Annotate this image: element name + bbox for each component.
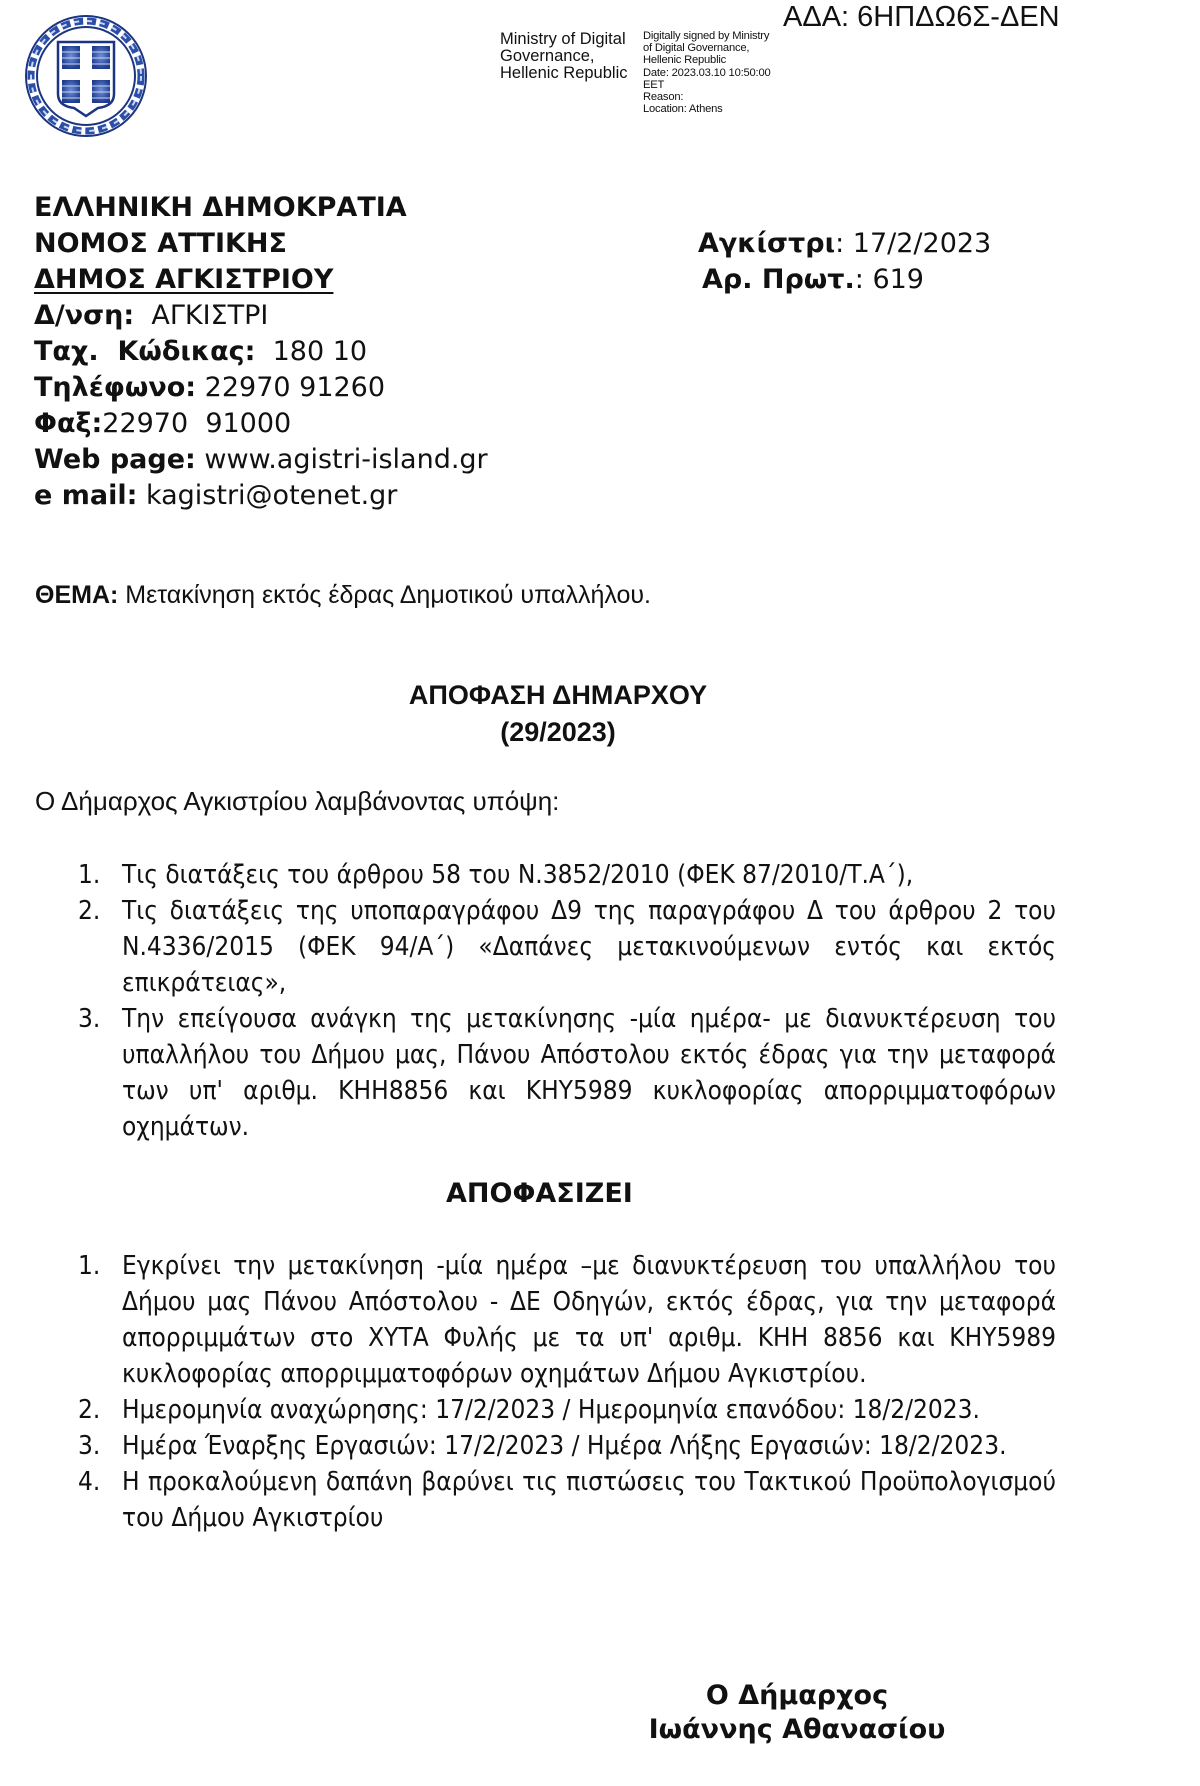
decides-heading: ΑΠΟΦΑΣΙΖΕΙ (446, 1176, 633, 1212)
subject-line: ΘΕΜΑ: Μετακίνηση εκτός έδρας Δημοτικού υ… (35, 579, 651, 611)
list-item: 2.Τις διατάξεις της υποπαραγράφου Δ9 της… (78, 893, 1056, 1001)
item-number: 4. (78, 1464, 100, 1500)
header-prefecture: ΝΟΜΟΣ ΑΤΤΙΚΗΣ (34, 226, 287, 262)
subject-label: ΘΕΜΑ: (35, 581, 118, 609)
item-number: 2. (78, 1392, 100, 1428)
details-line: of Digital Governance, (643, 42, 771, 54)
subject-text: Μετακίνηση εκτός έδρας Δημοτικού υπαλλήλ… (118, 581, 651, 609)
field-value: 180 10 (255, 336, 367, 367)
website-link[interactable]: www.agistri-island.gr (196, 444, 488, 475)
protocol-number: Αρ. Πρωτ.: 619 (702, 262, 924, 298)
field-value: ΑΓΚΙΣΤΡΙ (134, 300, 268, 331)
field-label: Web page: (34, 444, 196, 475)
item-text: Τις διατάξεις του άρθρου 58 του Ν.3852/2… (122, 857, 1056, 893)
ada-code: ΑΔΑ: 6ΗΠΔΩ6Σ-ΔΕΝ (783, 0, 1060, 34)
header-municipality: ΔΗΜΟΣ ΑΓΚΙΣΤΡΙΟΥ (34, 262, 333, 298)
item-number: 1. (78, 857, 100, 893)
decisions-list: 1.Εγκρίνει την μετακίνηση -μία ημέρα –με… (78, 1248, 1056, 1536)
decision-number: (29/2023) (0, 714, 1116, 750)
field-value: 22970 91000 (102, 408, 291, 439)
field-label: Δ/νση: (34, 300, 134, 331)
issuer-line: Governance, (500, 48, 627, 65)
details-line: Reason: (643, 91, 771, 103)
field-value: 22970 91260 (196, 372, 385, 403)
greek-coat-of-arms-icon (18, 8, 154, 144)
item-text: Την επείγουσα ανάγκη της μετακίνησης -μί… (122, 1001, 1056, 1145)
item-text: Ημέρα Έναρξης Εργασιών: 17/2/2023 / Ημέρ… (122, 1428, 1056, 1464)
signer-name: Ιωάννης Αθανασίου (597, 1713, 997, 1747)
item-text: Η προκαλούμενη δαπάνη βαρύνει τις πιστώσ… (122, 1464, 1056, 1536)
protocol-label: Αρ. Πρωτ. (702, 264, 855, 295)
item-number: 3. (78, 1428, 100, 1464)
issuer-line: Hellenic Republic (500, 65, 627, 82)
protocol-value: : 619 (855, 264, 924, 295)
place-label: Αγκίστρι (698, 228, 835, 259)
date-value: : 17/2/2023 (835, 228, 991, 259)
field-label: Τηλέφωνο: (34, 372, 196, 403)
intro-text: Ο Δήμαρχος Αγκιστρίου λαμβάνοντας υπόψη: (35, 784, 559, 818)
details-line: Digitally signed by Ministry (643, 30, 771, 42)
header-field-website: Web page: www.agistri-island.gr (34, 442, 488, 478)
header-field-fax: Φαξ:22970 91000 (34, 406, 291, 442)
field-label: Φαξ: (34, 408, 102, 439)
details-line: Hellenic Republic (643, 54, 771, 66)
issuer-line: Ministry of Digital (500, 31, 627, 48)
list-item: 1.Τις διατάξεις του άρθρου 58 του Ν.3852… (78, 857, 1056, 893)
item-text: Ημερομηνία αναχώρησης: 17/2/2023 / Ημερο… (122, 1392, 1056, 1428)
details-line: Location: Athens (643, 103, 771, 115)
list-item: 1.Εγκρίνει την μετακίνηση -μία ημέρα –με… (78, 1248, 1056, 1392)
item-text: Εγκρίνει την μετακίνηση -μία ημέρα –με δ… (122, 1248, 1056, 1392)
signature-issuer: Ministry of Digital Governance, Hellenic… (500, 31, 627, 82)
considerations-list: 1.Τις διατάξεις του άρθρου 58 του Ν.3852… (78, 857, 1056, 1145)
header-field-address: Δ/νση: ΑΓΚΙΣΤΡΙ (34, 298, 268, 334)
signature-details: Digitally signed by Ministry of Digital … (643, 30, 771, 115)
list-item: 2.Ημερομηνία αναχώρησης: 17/2/2023 / Ημε… (78, 1392, 1056, 1428)
details-line: Date: 2023.03.10 10:50:00 (643, 67, 771, 79)
field-label: Ταχ. Κώδικας: (34, 336, 255, 367)
details-line: EET (643, 79, 771, 91)
email-link[interactable]: kagistri@otenet.gr (137, 480, 397, 511)
field-label: e mail: (34, 480, 137, 511)
header-field-email: e mail: kagistri@otenet.gr (34, 478, 397, 514)
decision-title: ΑΠΟΦΑΣΗ ΔΗΜΑΡΧΟΥ (0, 677, 1116, 713)
item-number: 2. (78, 893, 100, 929)
document-date: Αγκίστρι: 17/2/2023 (698, 226, 991, 262)
signer-role: Ο Δήμαρχος (597, 1679, 997, 1713)
list-item: 3.Την επείγουσα ανάγκη της μετακίνησης -… (78, 1001, 1056, 1145)
item-text: Τις διατάξεις της υποπαραγράφου Δ9 της π… (122, 893, 1056, 1001)
item-number: 3. (78, 1001, 100, 1037)
header-field-phone: Τηλέφωνο: 22970 91260 (34, 370, 385, 406)
header-field-postcode: Ταχ. Κώδικας: 180 10 (34, 334, 367, 370)
list-item: 3.Ημέρα Έναρξης Εργασιών: 17/2/2023 / Ημ… (78, 1428, 1056, 1464)
header-country: ΕΛΛΗΝΙΚΗ ΔΗΜΟΚΡΑΤΙΑ (34, 190, 407, 226)
item-number: 1. (78, 1248, 100, 1284)
list-item: 4.Η προκαλούμενη δαπάνη βαρύνει τις πιστ… (78, 1464, 1056, 1536)
